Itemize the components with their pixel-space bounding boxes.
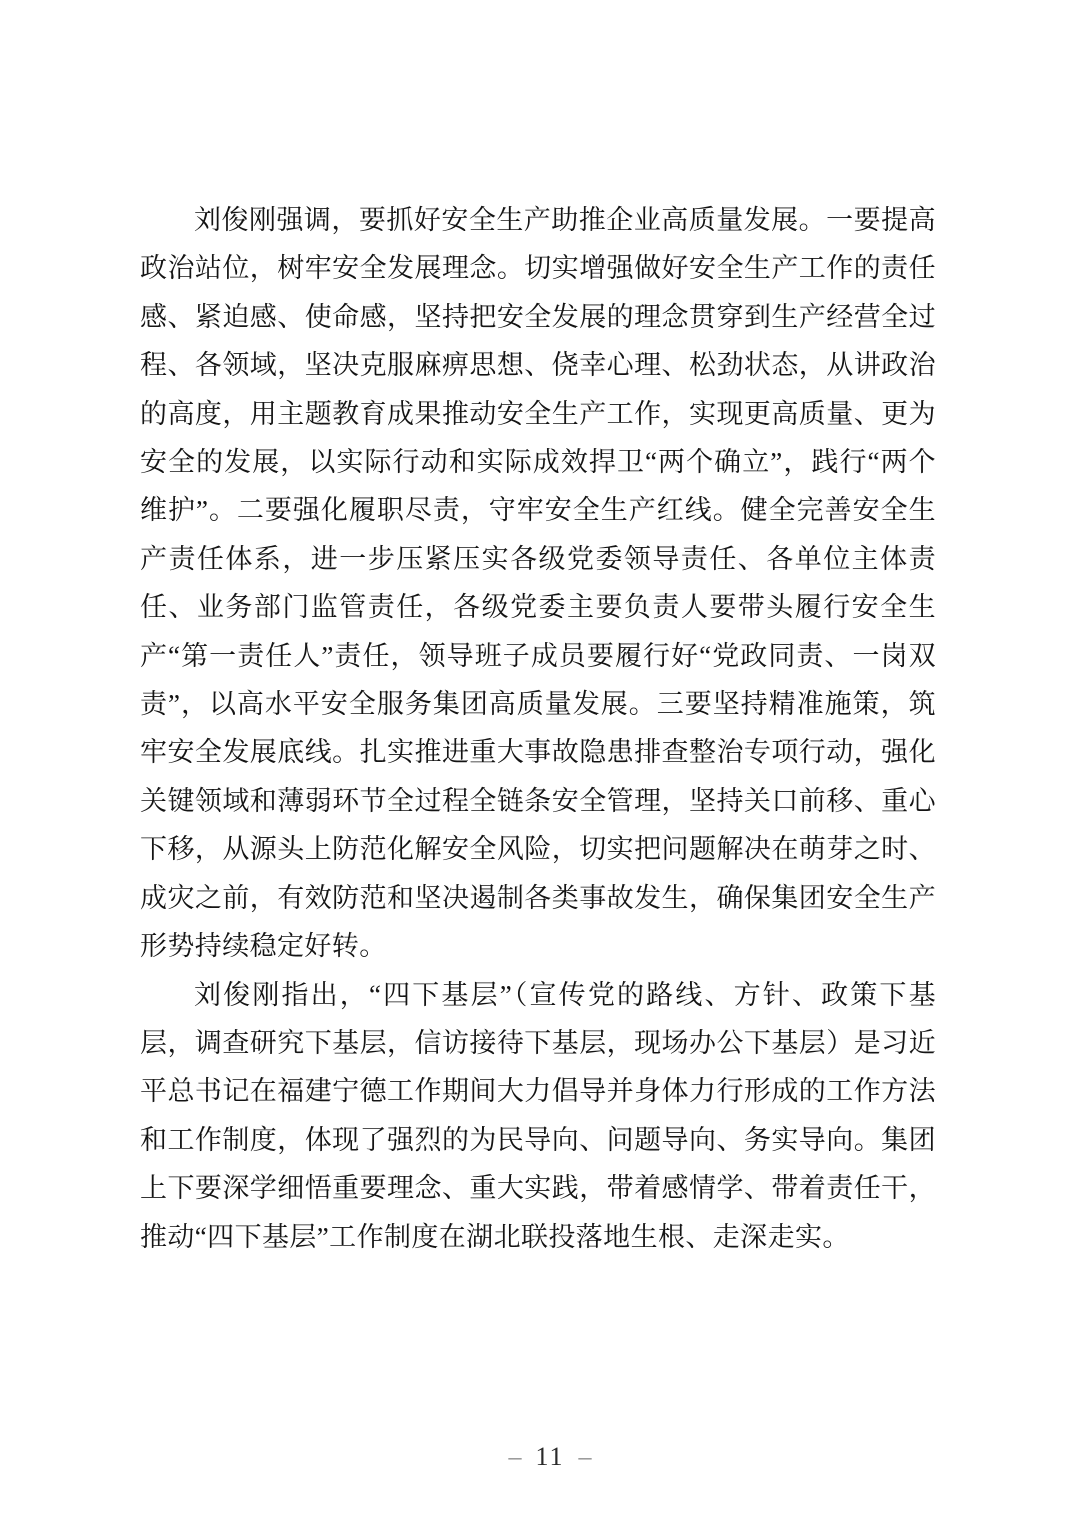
page-number-right-dash: – <box>565 1442 606 1471</box>
paragraph-four-down-grassroots: 刘俊刚指出，“四下基层”（宣传党的路线、方针、政策下基层，调查研究下基层，信访接… <box>140 971 936 1261</box>
page-footer: –11– <box>0 1406 1074 1508</box>
paragraph-safety-production: 刘俊刚强调，要抓好安全生产助推企业高质量发展。一要提高政治站位，树牢安全发展理念… <box>140 196 936 971</box>
page-number-left-dash: – <box>494 1442 535 1471</box>
document-page: 刘俊刚强调，要抓好安全生产助推企业高质量发展。一要提高政治站位，树牢安全发展理念… <box>0 0 1074 1520</box>
document-body: 刘俊刚强调，要抓好安全生产助推企业高质量发展。一要提高政治站位，树牢安全发展理念… <box>140 196 936 1261</box>
page-number: 11 <box>535 1442 564 1471</box>
